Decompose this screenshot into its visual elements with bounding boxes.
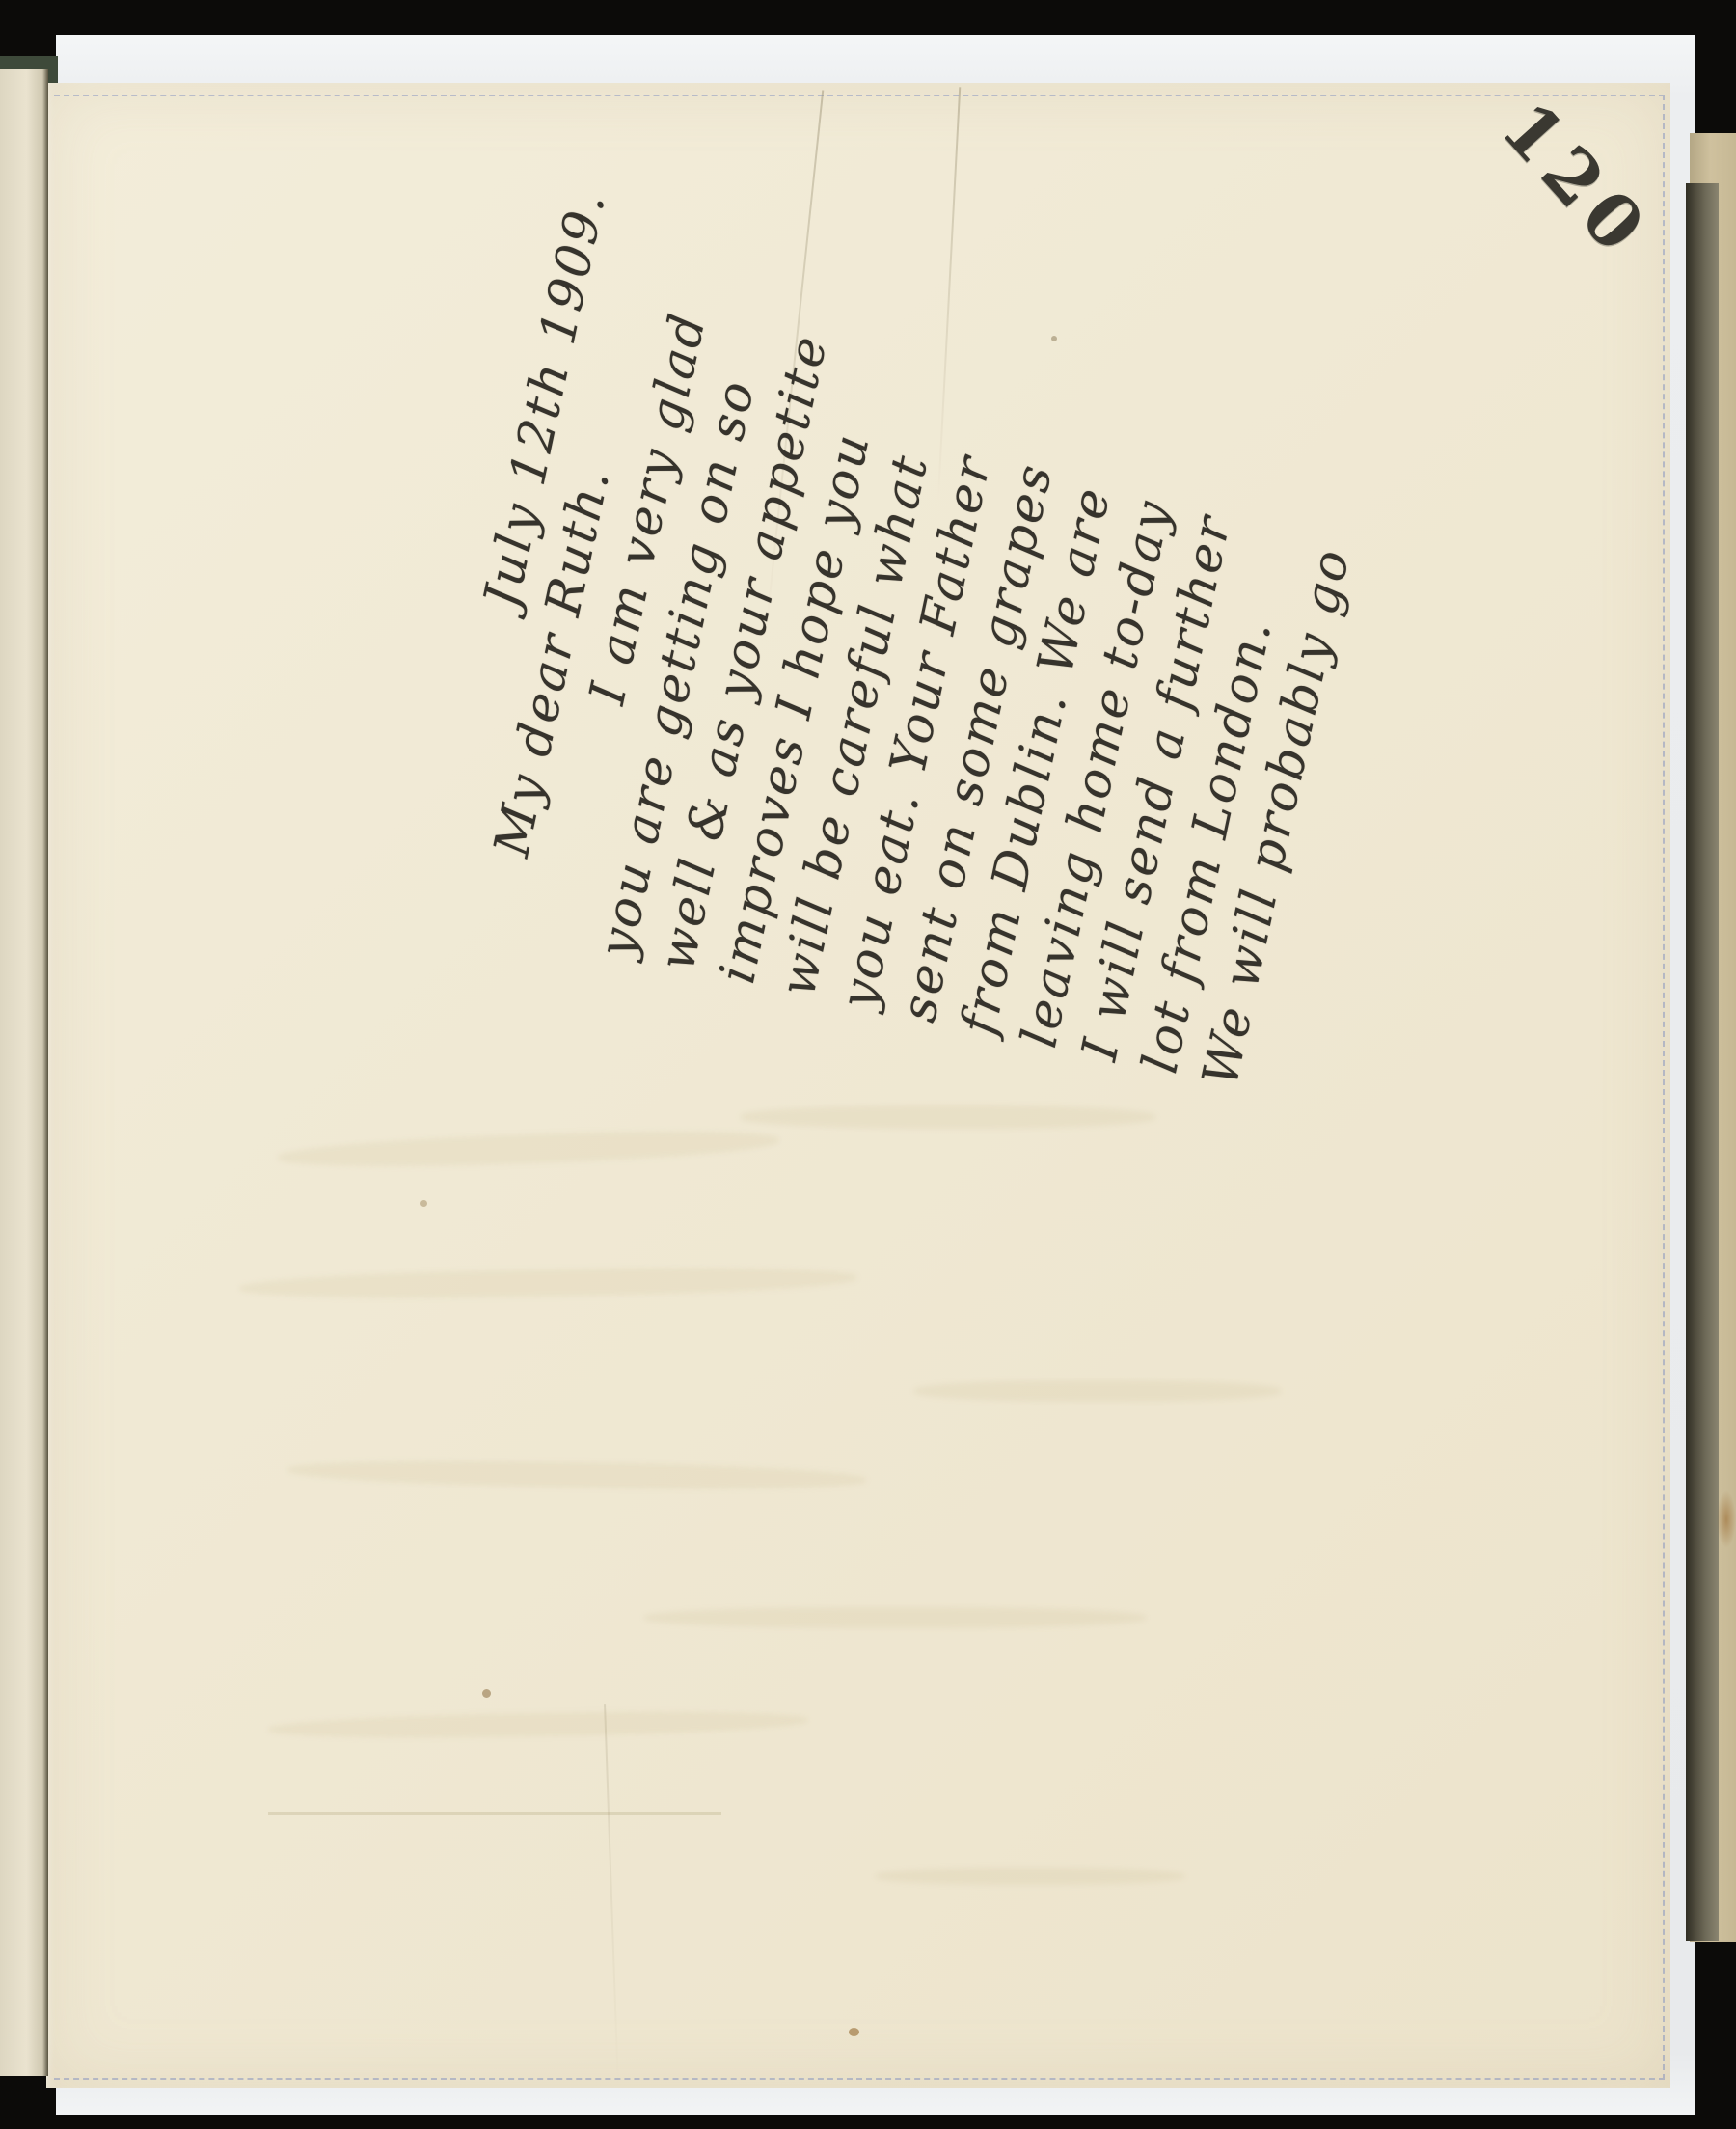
bleed-through-mark (741, 1105, 1155, 1129)
album-page: 120 July 12th 1909.My dear Ruth.I am ver… (46, 83, 1670, 2088)
foxing-speck (482, 1689, 491, 1698)
bleed-through-mark (644, 1607, 1146, 1628)
letter-text: July 12th 1909.My dear Ruth.I am very gl… (405, 81, 1426, 1091)
bleed-through-rule (268, 1812, 721, 1815)
bleed-through-mark (287, 1458, 866, 1492)
page-number-stamp: 120 (1485, 87, 1666, 275)
previous-page-edge (0, 69, 48, 2076)
foxing-speck (420, 1200, 427, 1207)
foxing-speck (849, 2028, 859, 2036)
bleed-through-mark (278, 1126, 780, 1172)
bleed-through-mark (876, 1868, 1184, 1885)
paper-crease (604, 1704, 619, 2089)
page-edge-stain (1717, 1490, 1736, 1548)
bleed-through-mark (268, 1708, 808, 1741)
book-page-edges-shadow (1686, 183, 1719, 1941)
bleed-through-mark (914, 1380, 1281, 1402)
scanned-letter-page: { "page": { "number": "120" }, "letter":… (0, 0, 1736, 2129)
bleed-through-mark (239, 1264, 856, 1301)
